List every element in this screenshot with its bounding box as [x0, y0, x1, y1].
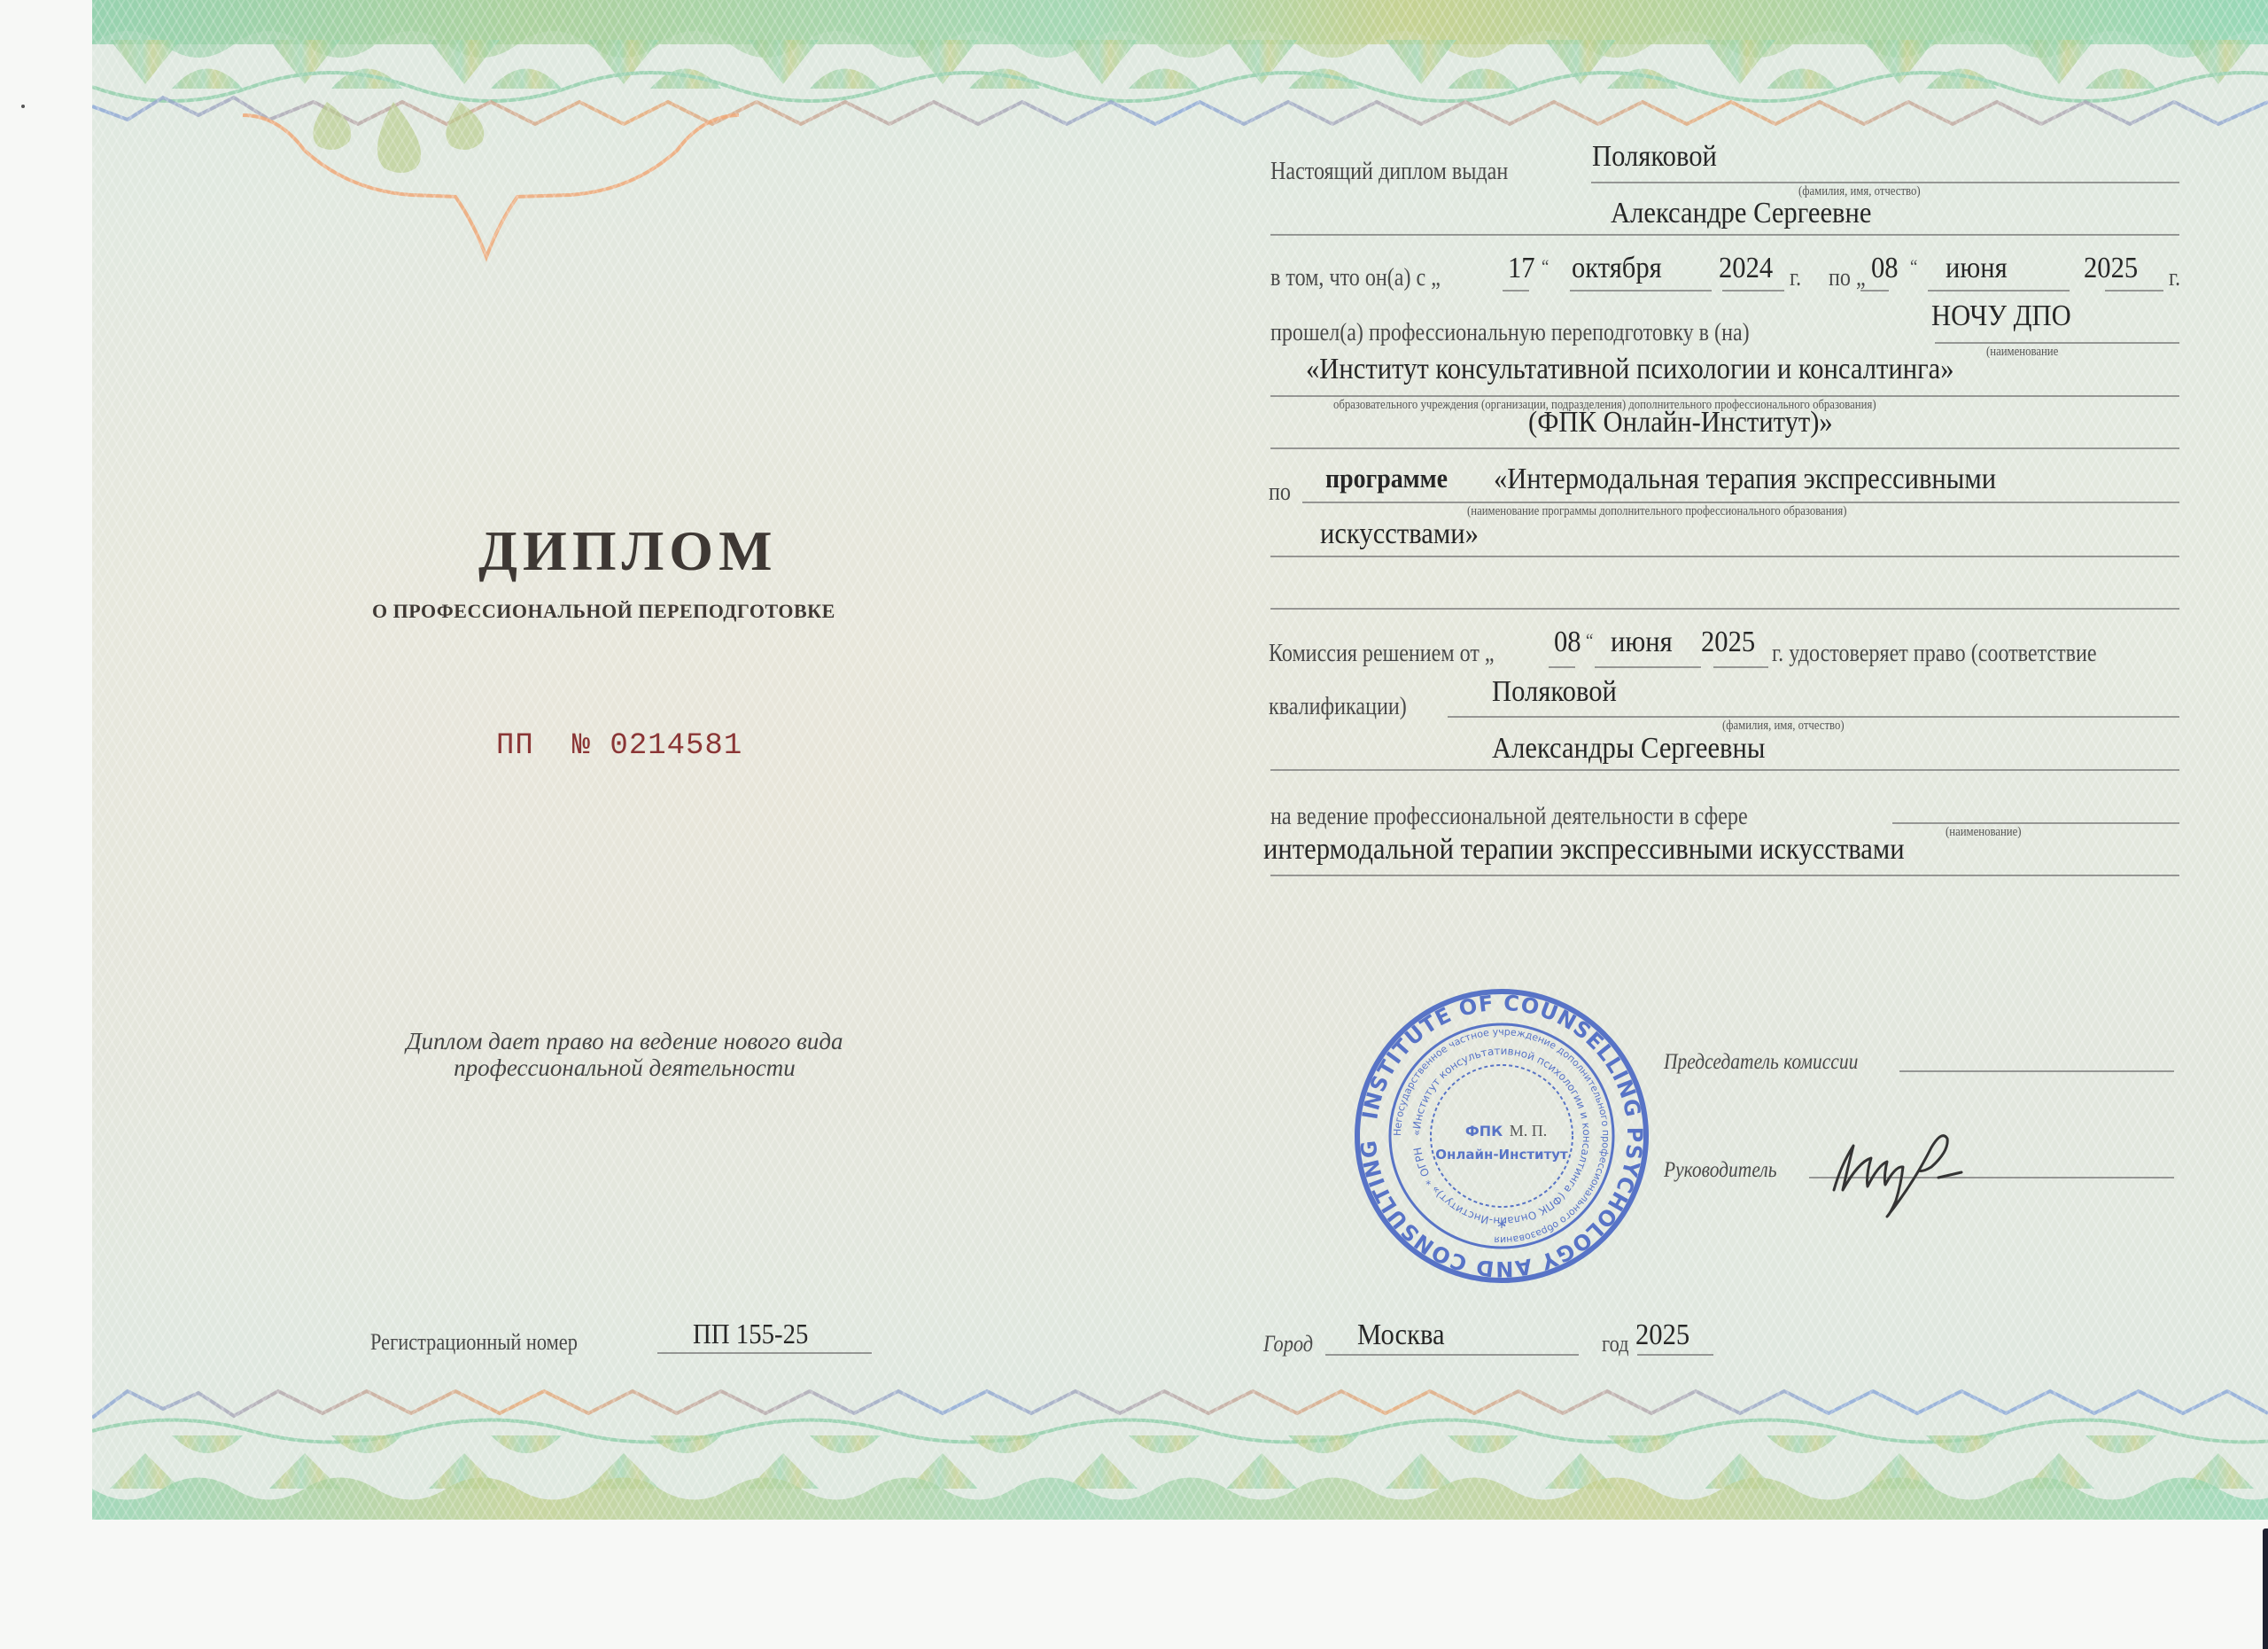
diploma-paper — [92, 0, 2268, 1520]
organization-line-rule-2 — [1270, 395, 2179, 397]
city-label: Город — [1263, 1331, 1313, 1357]
year-value: 2025 — [1635, 1318, 1689, 1352]
line-from-day — [1503, 290, 1529, 292]
qualification-line-1 — [1448, 716, 2179, 718]
year-label: год — [1602, 1331, 1629, 1357]
sphere-hint: (наименование) — [1946, 825, 2022, 840]
commission-label: Комиссия решением от „ — [1269, 640, 1495, 668]
stamp-center-line-1: ФПК — [1465, 1123, 1503, 1140]
program-line-rule-3 — [1270, 608, 2179, 610]
qualification-surname: Поляковой — [1492, 675, 1617, 709]
institution-stamp: INSTITUTE OF COUNSELLING PSYCHOLOGY AND … — [1351, 985, 1652, 1287]
program-name-line-1: «Интермодальная терапия экспрессивными — [1494, 463, 1996, 496]
period-quote-1: “ — [1542, 255, 1549, 278]
issued-to-label: Настоящий диплом выдан — [1270, 158, 1508, 186]
organization-line-3: (ФПК Онлайн-Институт)» — [1528, 406, 1833, 439]
commission-year: 2025 — [1701, 626, 1755, 659]
qualification-line-2 — [1270, 769, 2179, 771]
period-year-suffix-1: г. — [1790, 264, 1801, 292]
organization-line-1: НОЧУ ДПО — [1931, 299, 2071, 333]
decorative-border-bottom — [92, 1382, 2268, 1520]
qualification-name: Александры Сергеевны — [1492, 732, 1765, 766]
program-prefix: по — [1269, 478, 1291, 507]
rights-note-line-1: Диплом дает право на ведение нового вида — [337, 1028, 913, 1054]
head-signature — [1798, 1121, 2038, 1218]
program-word: программе — [1325, 463, 1448, 494]
chairman-signature-line — [1899, 1070, 2174, 1072]
period-to-day: 08 — [1871, 252, 1899, 285]
line-commission-day — [1549, 666, 1575, 668]
scan-speck — [21, 105, 25, 108]
commission-day: 08 — [1554, 626, 1581, 659]
program-name-line-2: искусствами» — [1320, 517, 1479, 551]
period-to-prefix: по „ — [1829, 264, 1866, 292]
mp-label: М. П. — [1510, 1122, 1548, 1140]
sphere-value: интермодальной терапии экспрессивными ис… — [1263, 833, 1905, 867]
program-hint: (наименование программы дополнительного … — [1467, 504, 1846, 519]
line-from-month — [1570, 290, 1712, 292]
program-line-rule-2 — [1270, 556, 2179, 557]
period-prefix: в том, что он(а) с „ — [1270, 264, 1441, 292]
decorative-border-top — [92, 0, 2268, 266]
period-to-year: 2025 — [2084, 252, 2138, 285]
recipient-surname: Поляковой — [1592, 140, 1717, 174]
scan-edge — [2263, 1528, 2268, 1649]
line-commission-month — [1595, 666, 1701, 668]
line-to-month — [1928, 290, 2070, 292]
line-from-year — [1722, 290, 1784, 292]
city-value: Москва — [1357, 1318, 1445, 1352]
diploma-title: ДИПЛОМ — [478, 518, 777, 584]
commission-quote: “ — [1586, 629, 1593, 652]
diploma-serial-number: ПП № 0214581 — [496, 729, 742, 763]
line-commission-year — [1713, 666, 1768, 668]
period-quote-2: “ — [1910, 255, 1917, 278]
program-line-rule-1 — [1302, 502, 2179, 503]
diploma-subtitle: О ПРОФЕССИОНАЛЬНОЙ ПЕРЕПОДГОТОВКЕ — [372, 600, 835, 623]
commission-month: июня — [1611, 626, 1673, 659]
passed-retraining-label: прошел(а) профессиональную переподготовк… — [1270, 319, 1750, 347]
line-to-year — [2105, 290, 2163, 292]
period-to-month: июня — [1946, 252, 2008, 285]
period-from-month: октября — [1572, 252, 1662, 285]
registration-number-label: Регистрационный номер — [370, 1329, 578, 1356]
year-line — [1637, 1354, 1713, 1356]
registration-number-value: ПП 155-25 — [693, 1318, 808, 1350]
organization-hint-1: (наименование — [1986, 345, 2058, 360]
stamp-center-line-2: Онлайн-Институт — [1435, 1147, 1568, 1163]
registration-number-line — [657, 1352, 872, 1354]
chairman-label: Председатель комиссии — [1664, 1050, 1858, 1075]
head-label: Руководитель — [1664, 1158, 1777, 1183]
organization-line-rule-3 — [1270, 447, 2179, 449]
period-from-year: 2024 — [1719, 252, 1773, 285]
organization-line-2: «Институт консультативной психологии и к… — [1306, 353, 1954, 386]
sphere-label: на ведение профессиональной деятельности… — [1270, 803, 1748, 831]
sphere-line-2 — [1270, 875, 2179, 876]
recipient-line-1 — [1591, 182, 2179, 183]
organization-line-rule-1 — [1935, 342, 2179, 344]
recipient-name: Александре Сергеевне — [1611, 197, 1871, 230]
sphere-line-1 — [1892, 822, 2179, 824]
city-line — [1325, 1354, 1579, 1356]
period-from-day: 17 — [1508, 252, 1535, 285]
recipient-line-2 — [1270, 234, 2179, 236]
qualification-label: квалификации) — [1269, 693, 1407, 721]
commission-suffix: г. удостоверяет право (соответствие — [1772, 640, 2097, 668]
period-year-suffix-2: г. — [2169, 264, 2180, 292]
rights-note-line-2: профессиональной деятельности — [337, 1054, 913, 1081]
svg-text:*: * — [1497, 1217, 1506, 1238]
diploma-rights-note: Диплом дает право на ведение нового вида… — [337, 1028, 913, 1081]
